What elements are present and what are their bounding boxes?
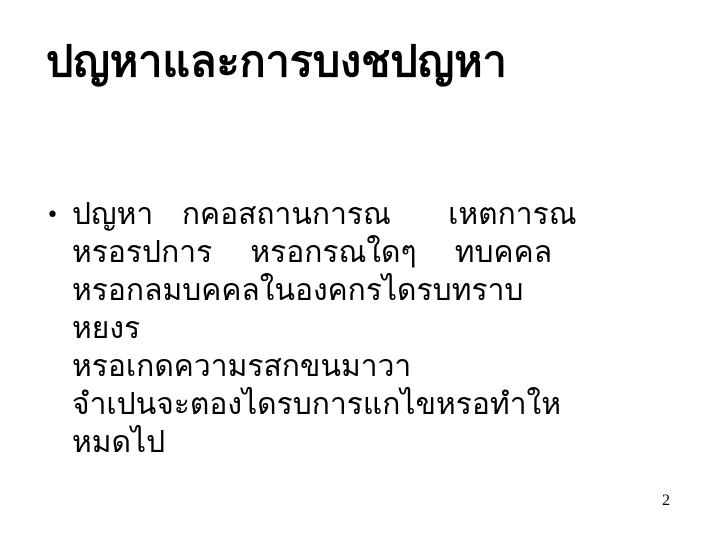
slide-title: ปญหาและการบงชปญหา	[46, 36, 666, 90]
bullet-text: ปญหา กคอสถานการณ เหตการณ หรอรปการ หรอกรณ…	[72, 196, 606, 462]
bullet-line: หมดไป	[72, 424, 606, 462]
bullet-line: หรอรปการ หรอกรณใดๆ ทบคคล	[72, 234, 606, 272]
bullet-line: จำเปนจะตองไดรบการแกไขหรอทำให	[72, 386, 606, 424]
slide: ปญหาและการบงชปญหา • ปญหา กคอสถานการณ เหต…	[0, 0, 720, 540]
page-number: 2	[662, 492, 670, 510]
bullet-line: หรอเกดความรสกขนมาวา	[72, 348, 606, 386]
bullet-marker: •	[46, 196, 72, 235]
bullet-line: หยงร	[72, 310, 606, 348]
bullet-line: ปญหา กคอสถานการณ เหตการณ	[72, 196, 606, 234]
bullet-line: หรอกลมบคคลในองคกรไดรบทราบ	[72, 272, 606, 310]
bullet-item: • ปญหา กคอสถานการณ เหตการณ หรอรปการ หรอก…	[46, 196, 606, 462]
